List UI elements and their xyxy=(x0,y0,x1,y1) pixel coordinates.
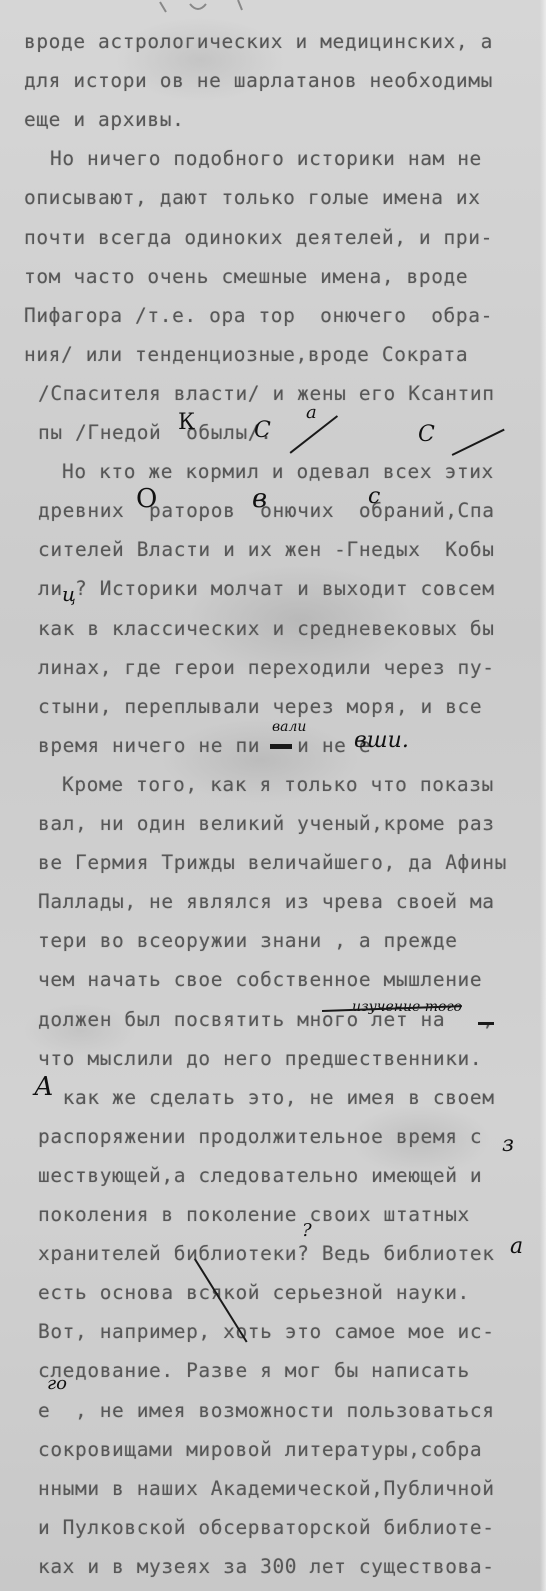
handwritten-correction: С xyxy=(254,420,271,442)
handwritten-correction: в xyxy=(252,486,267,512)
typed-line: как же сделать это, не имея в своем xyxy=(0,1078,546,1117)
handwritten-correction: ц xyxy=(62,584,76,604)
typed-line: следование. Разве я мог бы написать xyxy=(0,1351,546,1390)
typed-line: Паллады, не являлся из чрева своей ма xyxy=(0,882,546,921)
typed-line: и Пулковской обсерваторской библиоте- xyxy=(0,1508,546,1547)
typed-line: почти всегда одиноких деятелей, и при- xyxy=(0,218,546,257)
paper-edge xyxy=(540,0,546,1591)
typed-line: вал, ни один великий ученый,кроме раз xyxy=(0,804,546,843)
typed-line: хранителей библиотеки? Ведь библиотек xyxy=(0,1234,546,1273)
handwritten-correction: а xyxy=(306,404,317,422)
top-handwriting-fragment xyxy=(150,0,270,14)
typed-line: Пифагора /т.е. ора тор онючего обра- xyxy=(0,296,546,335)
handwritten-correction: а xyxy=(510,1236,523,1258)
typed-line: Кроме того, как я только что показы xyxy=(0,765,546,804)
typed-line: распоряжении продолжительное время с xyxy=(0,1117,546,1156)
typed-line: е , не имея возможности пользоваться xyxy=(0,1391,546,1430)
typed-line: /Спасителя власти/ и жены его Ксантип xyxy=(0,374,546,413)
handwritten-strike xyxy=(270,744,292,749)
typed-line: есть основа всякой серьезной науки. xyxy=(0,1273,546,1312)
handwritten-correction: С xyxy=(418,424,435,446)
typed-line: древних раторов онючих обраний,Спа xyxy=(0,491,546,530)
handwritten-correction: вали xyxy=(272,720,306,734)
handwritten-strike xyxy=(478,1022,494,1025)
typed-line: ли ? Историки молчат и выходит совсем xyxy=(0,569,546,608)
typed-line: том часто очень смешные имена, вроде xyxy=(0,257,546,296)
typed-line: что мыслили до него предшественники. xyxy=(0,1039,546,1078)
typed-line: как в классических и средневековых бы xyxy=(0,609,546,648)
typed-line: нными в наших Академической,Публичной xyxy=(0,1469,546,1508)
typed-line: поколения в поколение своих штатных xyxy=(0,1195,546,1234)
typed-line: описывают, дают только голые имена их xyxy=(0,178,546,217)
typed-line: ве Гермия Трижды величайшего, да Афины xyxy=(0,843,546,882)
handwritten-correction: А xyxy=(34,1074,54,1100)
typed-line: ния/ или тенденциозные,вроде Сократа xyxy=(0,335,546,374)
typed-line: тери во всеоружии знани , а прежде xyxy=(0,921,546,960)
handwritten-correction: з xyxy=(502,1134,514,1156)
handwritten-correction: ? xyxy=(302,1222,312,1240)
typed-line: еще и архивы. xyxy=(0,100,546,139)
typed-line: должен был посвятить много лет на , xyxy=(0,1000,546,1039)
document-page: вроде астрологических и медицинских, адл… xyxy=(0,0,546,1591)
typed-line: пы /Гнедой обылы/. xyxy=(0,413,546,452)
typed-line: вроде астрологических и медицинских, а xyxy=(0,22,546,61)
handwritten-correction: вши. xyxy=(354,730,409,752)
typed-line: шествующей,а следовательно имеющей и xyxy=(0,1156,546,1195)
handwritten-correction: с xyxy=(368,486,380,508)
typed-line: чем начать свое собственное мышление xyxy=(0,960,546,999)
typed-line: сителей Власти и их жен -Гнедых Кобы xyxy=(0,530,546,569)
typed-line: сокровищами мировой литературы,собра xyxy=(0,1430,546,1469)
typed-line: Вот, например, хоть это самое мое ис- xyxy=(0,1312,546,1351)
handwritten-correction: К xyxy=(178,412,195,434)
typed-line: линах, где герои переходили через пу- xyxy=(0,648,546,687)
handwritten-correction: О xyxy=(136,486,157,512)
typed-line: Но ничего подобного историки нам не xyxy=(0,139,546,178)
handwritten-correction: го xyxy=(47,1375,67,1393)
typed-line: Но кто же кормил и одевал всех этих xyxy=(0,452,546,491)
typed-line: ках и в музеях за 300 лет существова- xyxy=(0,1547,546,1586)
typed-line: для истори ов не шарлатанов необходимы xyxy=(0,61,546,100)
